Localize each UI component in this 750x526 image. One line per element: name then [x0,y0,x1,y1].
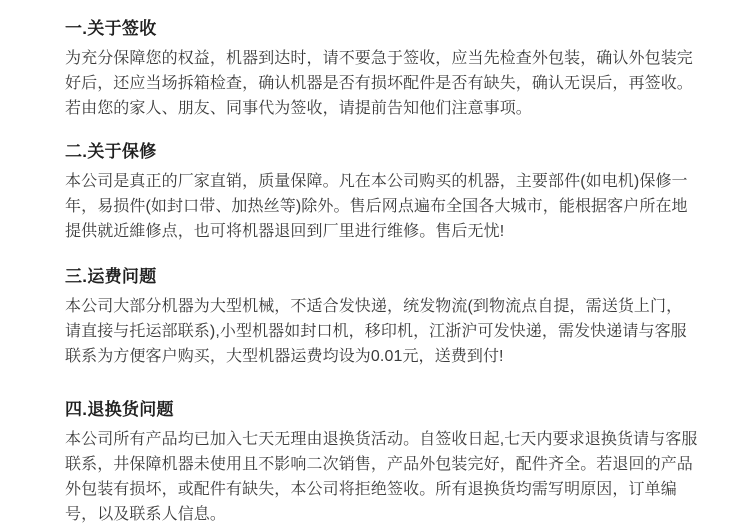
section-title: 一.关于签收 [65,20,698,37]
service-policy-document: 一.关于签收 为充分保障您的权益，机器到达时，请不要急于签收，应当先检查外包装，… [0,0,750,526]
section-body: 为充分保障您的权益，机器到达时，请不要急于签收，应当先检查外包装，确认外包装完好… [65,46,698,121]
section-title: 三.运费问题 [65,268,698,285]
section-return-exchange: 四.退换货问题 本公司所有产品均已加入七天无理由退换货活动。自签收日起,七天内要… [65,401,698,526]
section-body: 本公司所有产品均已加入七天无理由退换货活动。自签收日起,七天内要求退换货请与客服… [65,427,698,526]
section-shipping-fee: 三.运费问题 本公司大部分机器为大型机械，不适合发快递，统发物流(到物流点自提，… [65,268,698,369]
section-body: 本公司是真正的厂家直销，质量保障。凡在本公司购买的机器，主要部件(如电机)保修一… [65,169,698,244]
section-body: 本公司大部分机器为大型机械，不适合发快递，统发物流(到物流点自提，需送货上门，请… [65,294,698,369]
section-warranty: 二.关于保修 本公司是真正的厂家直销，质量保障。凡在本公司购买的机器，主要部件(… [65,143,698,244]
section-sign-for-delivery: 一.关于签收 为充分保障您的权益，机器到达时，请不要急于签收，应当先检查外包装，… [65,20,698,121]
section-title: 二.关于保修 [65,143,698,160]
section-title: 四.退换货问题 [65,401,698,418]
